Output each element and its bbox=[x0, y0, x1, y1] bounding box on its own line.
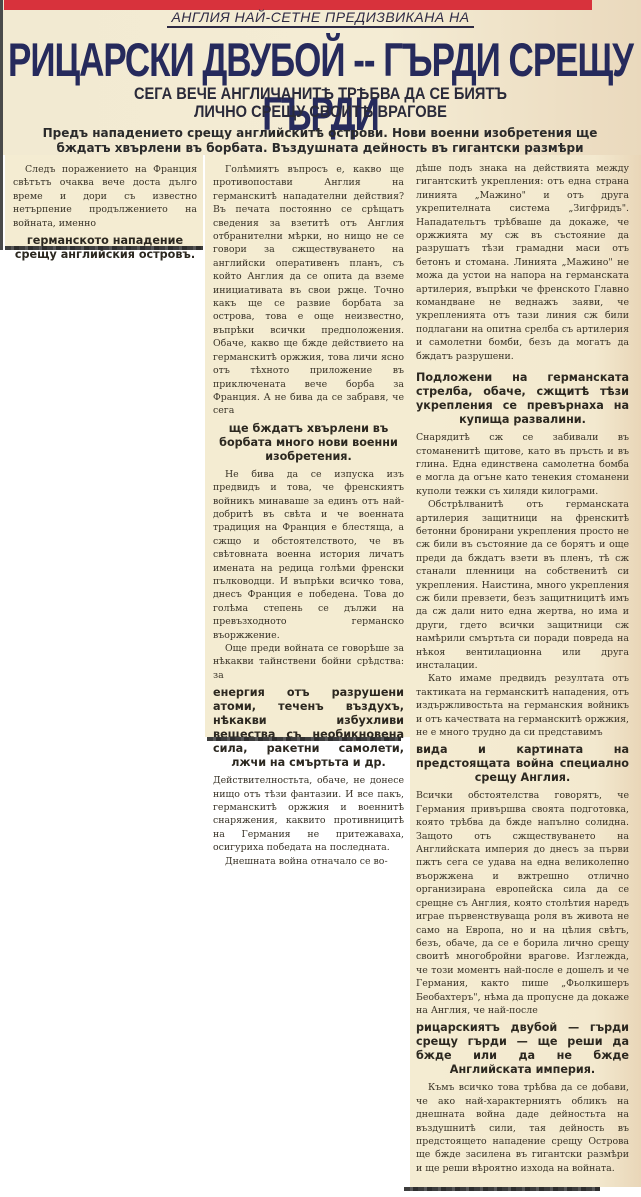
emphasis-callout: Подложени на германската стрелба, обаче,… bbox=[416, 371, 629, 427]
paragraph: Обстрѣлванитѣ отъ германската артилерия … bbox=[416, 498, 629, 672]
emphasis-callout: рицарскиятъ двубой — гърди срещу гърди —… bbox=[416, 1021, 629, 1077]
paragraph: Действителностьта, обаче, не донесе нищо… bbox=[213, 774, 404, 854]
article-column-1: Следъ поражението на Франция свѣтътъ оча… bbox=[5, 155, 203, 246]
emphasis-callout: ще бждатъ хвърлени въ борбата много нови… bbox=[213, 422, 404, 464]
subheadline-line-1: СЕГА ВЕЧЕ АНГЛИЧАНИТѢ ТРѢБВА ДА СЕ БИЯТЪ bbox=[45, 85, 596, 103]
emphasis-callout: вида и картината на предстоящата война с… bbox=[416, 743, 629, 785]
paragraph: Днешната война отначало се во- bbox=[213, 855, 404, 868]
column-end-rule bbox=[404, 1187, 600, 1191]
paragraph: Снарядитѣ сж се забивали въ стоманенитѣ … bbox=[416, 431, 629, 498]
paragraph: дѣше подъ знака на действията между гига… bbox=[416, 162, 629, 363]
article-column-3: дѣше подъ знака на действията между гига… bbox=[410, 155, 641, 1187]
emphasis-callout: енергия отъ разрушени атоми, теченъ възд… bbox=[213, 686, 404, 770]
kicker-line: АНГЛИЯ НАЙ-СЕТНЕ ПРЕДИЗВИКАНА НА bbox=[0, 9, 641, 25]
paragraph: Още преди войната се говорѣше за нѣкакви… bbox=[213, 642, 404, 682]
column-end-rule bbox=[207, 737, 401, 741]
article-column-2: Голѣмиятъ въпросъ е, какво ще противопос… bbox=[205, 155, 410, 737]
paragraph: Голѣмиятъ въпросъ е, какво ще противопос… bbox=[213, 163, 404, 418]
paragraph: Къмъ всичко това трѣбва да се добави, че… bbox=[416, 1081, 629, 1175]
column-end-rule bbox=[5, 246, 203, 250]
paragraph: Следъ поражението на Франция свѣтътъ оча… bbox=[13, 163, 197, 230]
subheadline-line-2: ЛИЧНО СРЕЩУ СВОИТѢ ВРАГОВЕ bbox=[45, 103, 596, 121]
kicker-text: АНГЛИЯ НАЙ-СЕТНЕ ПРЕДИЗВИКАНА НА bbox=[167, 9, 473, 28]
paragraph: Не бива да се изпуска изъ предвидъ и тов… bbox=[213, 468, 404, 642]
paragraph: Всички обстоятелства говорятъ, че Герман… bbox=[416, 789, 629, 1017]
deck-summary: Предъ нападението срещу английскитѣ остр… bbox=[20, 126, 620, 156]
subheadline: СЕГА ВЕЧЕ АНГЛИЧАНИТѢ ТРѢБВА ДА СЕ БИЯТЪ… bbox=[45, 85, 596, 121]
paragraph: Като имаме предвидъ резултата отъ тактик… bbox=[416, 672, 629, 739]
